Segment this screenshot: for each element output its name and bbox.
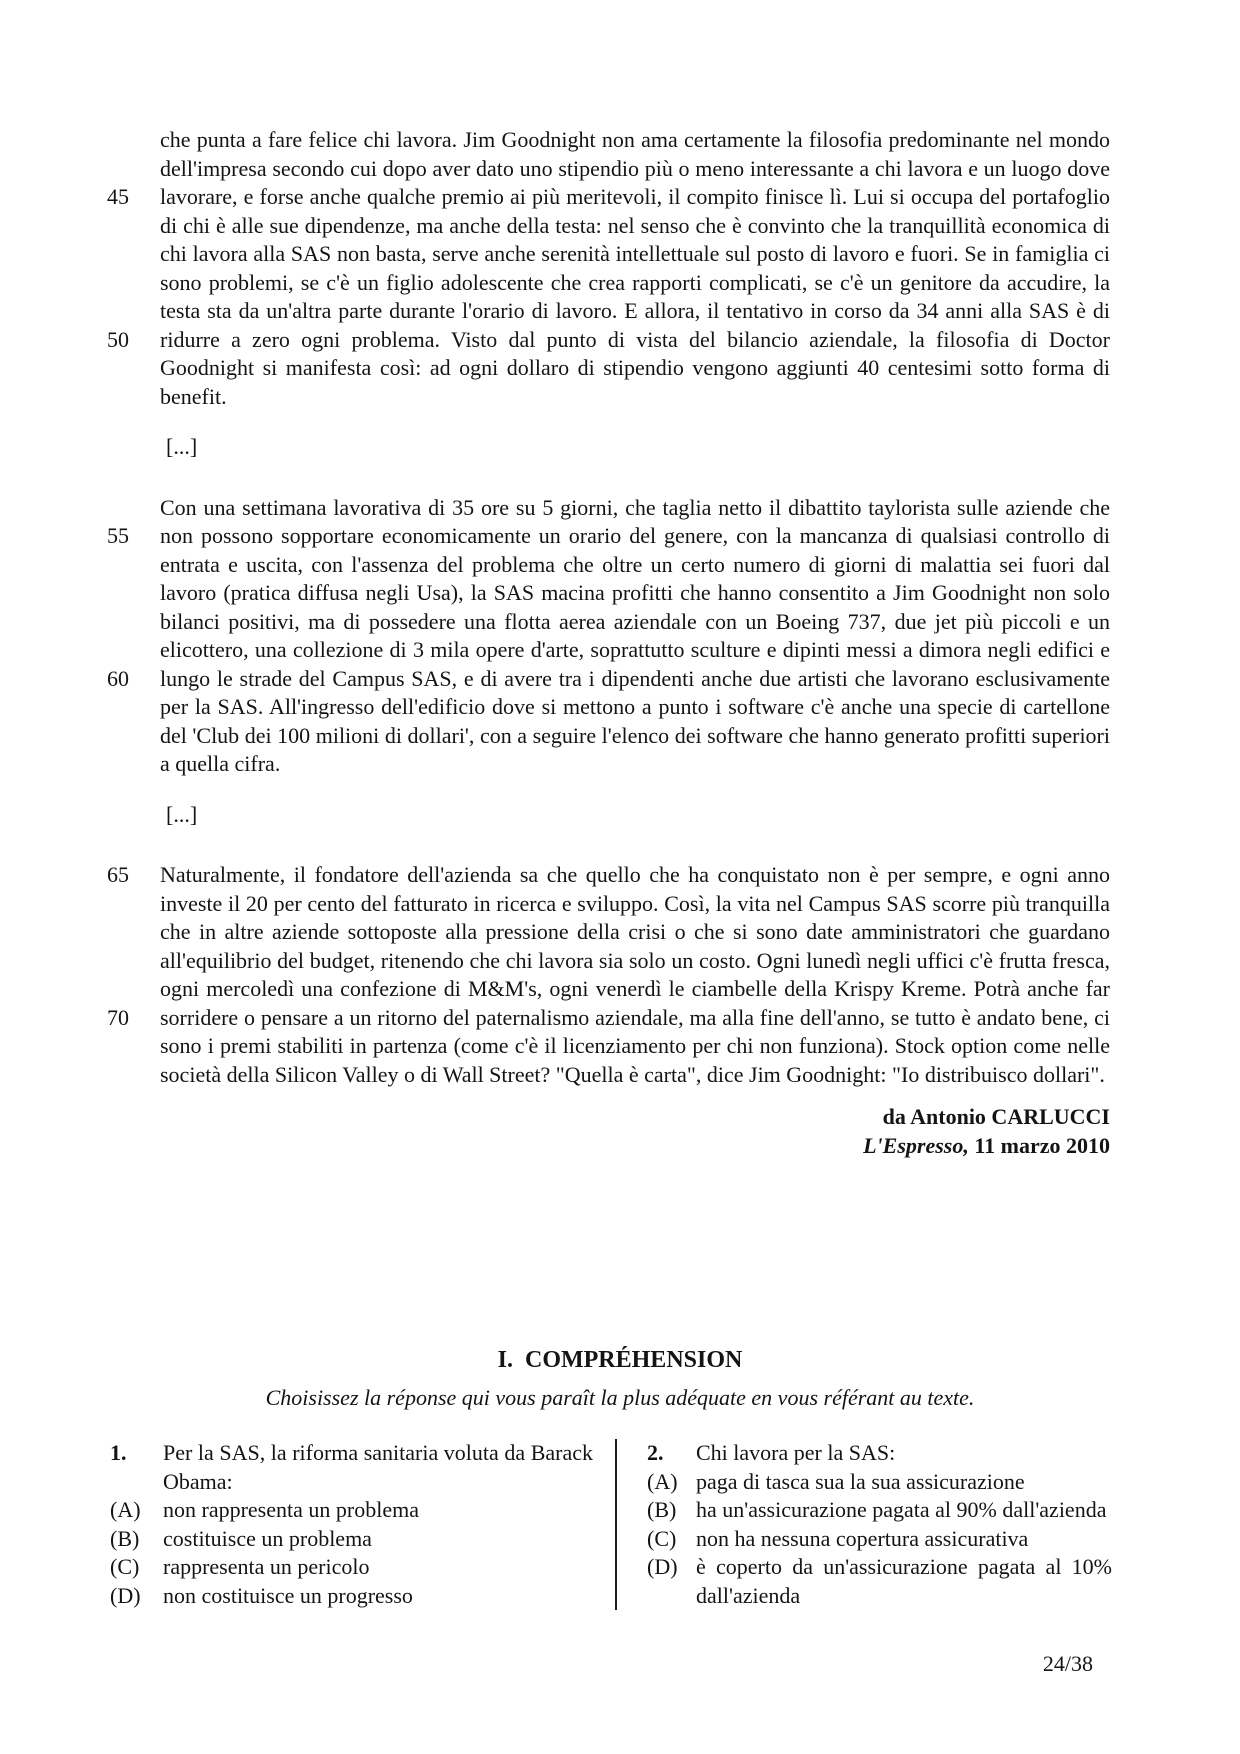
line-number-70: 70: [105, 1004, 129, 1033]
line-number-45: 45: [105, 183, 129, 212]
page-number: 24/38: [1043, 1650, 1093, 1678]
ellipsis-marker-2: [...]: [166, 801, 1110, 830]
column-divider: [615, 1439, 617, 1610]
question-1-stem-row: 1. Per la SAS, la riforma sanitaria volu…: [110, 1439, 593, 1496]
paragraph-2-text: Con una settimana lavorativa di 35 ore s…: [160, 495, 1110, 777]
option-text: non rappresenta un problema: [163, 1496, 593, 1525]
exam-page: 45 50 che punta a fare felice chi lavora…: [0, 0, 1240, 1754]
section-number: I.: [498, 1347, 513, 1373]
option-label: (B): [647, 1496, 696, 1525]
passage-paragraph-2: 55 60 Con una settimana lavorativa di 35…: [160, 494, 1110, 779]
option-label: (D): [647, 1553, 696, 1582]
line-number-60: 60: [105, 665, 129, 694]
option-text: rappresenta un pericolo: [163, 1553, 593, 1582]
question-1-option-d: (D) non costituisce un progresso: [110, 1582, 593, 1611]
source-date: 11 marzo 2010: [969, 1133, 1110, 1158]
paragraph-1-text: che punta a fare felice chi lavora. Jim …: [160, 127, 1110, 409]
option-label: (D): [110, 1582, 163, 1611]
author-byline: da Antonio CARLUCCI: [160, 1103, 1110, 1132]
option-label: (C): [110, 1553, 163, 1582]
question-2-stem-row: 2. Chi lavora per la SAS:: [647, 1439, 1112, 1468]
question-1-option-c: (C) rappresenta un pericolo: [110, 1553, 593, 1582]
option-text: non costituisce un progresso: [163, 1582, 593, 1611]
question-2-option-b: (B) ha un'assicurazione pagata al 90% da…: [647, 1496, 1112, 1525]
question-2-option-d: (D) è coperto da un'assicurazione pagata…: [647, 1553, 1112, 1610]
option-label: (A): [647, 1468, 696, 1497]
question-1-number: 1.: [110, 1439, 163, 1468]
option-label: (B): [110, 1525, 163, 1554]
line-number-65: 65: [105, 861, 129, 890]
line-number-55: 55: [105, 522, 129, 551]
passage-paragraph-1: 45 50 che punta a fare felice chi lavora…: [160, 126, 1110, 411]
option-text: costituisce un problema: [163, 1525, 593, 1554]
option-label: (A): [110, 1496, 163, 1525]
section-heading: I.COMPRÉHENSION: [0, 1345, 1240, 1375]
source-title: L'Espresso,: [863, 1133, 969, 1158]
question-1-stem: Per la SAS, la riforma sanitaria voluta …: [163, 1439, 593, 1496]
source-line: L'Espresso, 11 marzo 2010: [160, 1132, 1110, 1161]
question-2: 2. Chi lavora per la SAS: (A) paga di ta…: [647, 1439, 1112, 1610]
section-title: COMPRÉHENSION: [525, 1347, 742, 1373]
question-2-option-c: (C) non ha nessuna copertura assicurativ…: [647, 1525, 1112, 1554]
option-text: paga di tasca sua la sua assicurazione: [696, 1468, 1112, 1497]
question-2-number: 2.: [647, 1439, 696, 1468]
section-instruction: Choisissez la réponse qui vous paraît la…: [0, 1383, 1240, 1413]
question-2-stem: Chi lavora per la SAS:: [696, 1439, 1112, 1468]
reading-passage: 45 50 che punta a fare felice chi lavora…: [160, 126, 1110, 1160]
option-label: (C): [647, 1525, 696, 1554]
questions-columns: 1. Per la SAS, la riforma sanitaria volu…: [110, 1439, 1240, 1610]
question-1-option-b: (B) costituisce un problema: [110, 1525, 593, 1554]
option-text: è coperto da un'assicurazione pagata al …: [696, 1553, 1112, 1610]
question-1: 1. Per la SAS, la riforma sanitaria volu…: [110, 1439, 593, 1610]
line-number-50: 50: [105, 326, 129, 355]
comprehension-section: I.COMPRÉHENSION Choisissez la réponse qu…: [0, 1345, 1240, 1610]
option-text: non ha nessuna copertura assicurativa: [696, 1525, 1112, 1554]
question-2-option-a: (A) paga di tasca sua la sua assicurazio…: [647, 1468, 1112, 1497]
ellipsis-marker-1: [...]: [166, 433, 1110, 462]
passage-paragraph-3: 65 70 Naturalmente, il fondatore dell'az…: [160, 861, 1110, 1089]
question-1-option-a: (A) non rappresenta un problema: [110, 1496, 593, 1525]
paragraph-3-text: Naturalmente, il fondatore dell'azienda …: [160, 862, 1110, 1087]
option-text: ha un'assicurazione pagata al 90% dall'a…: [696, 1496, 1112, 1525]
